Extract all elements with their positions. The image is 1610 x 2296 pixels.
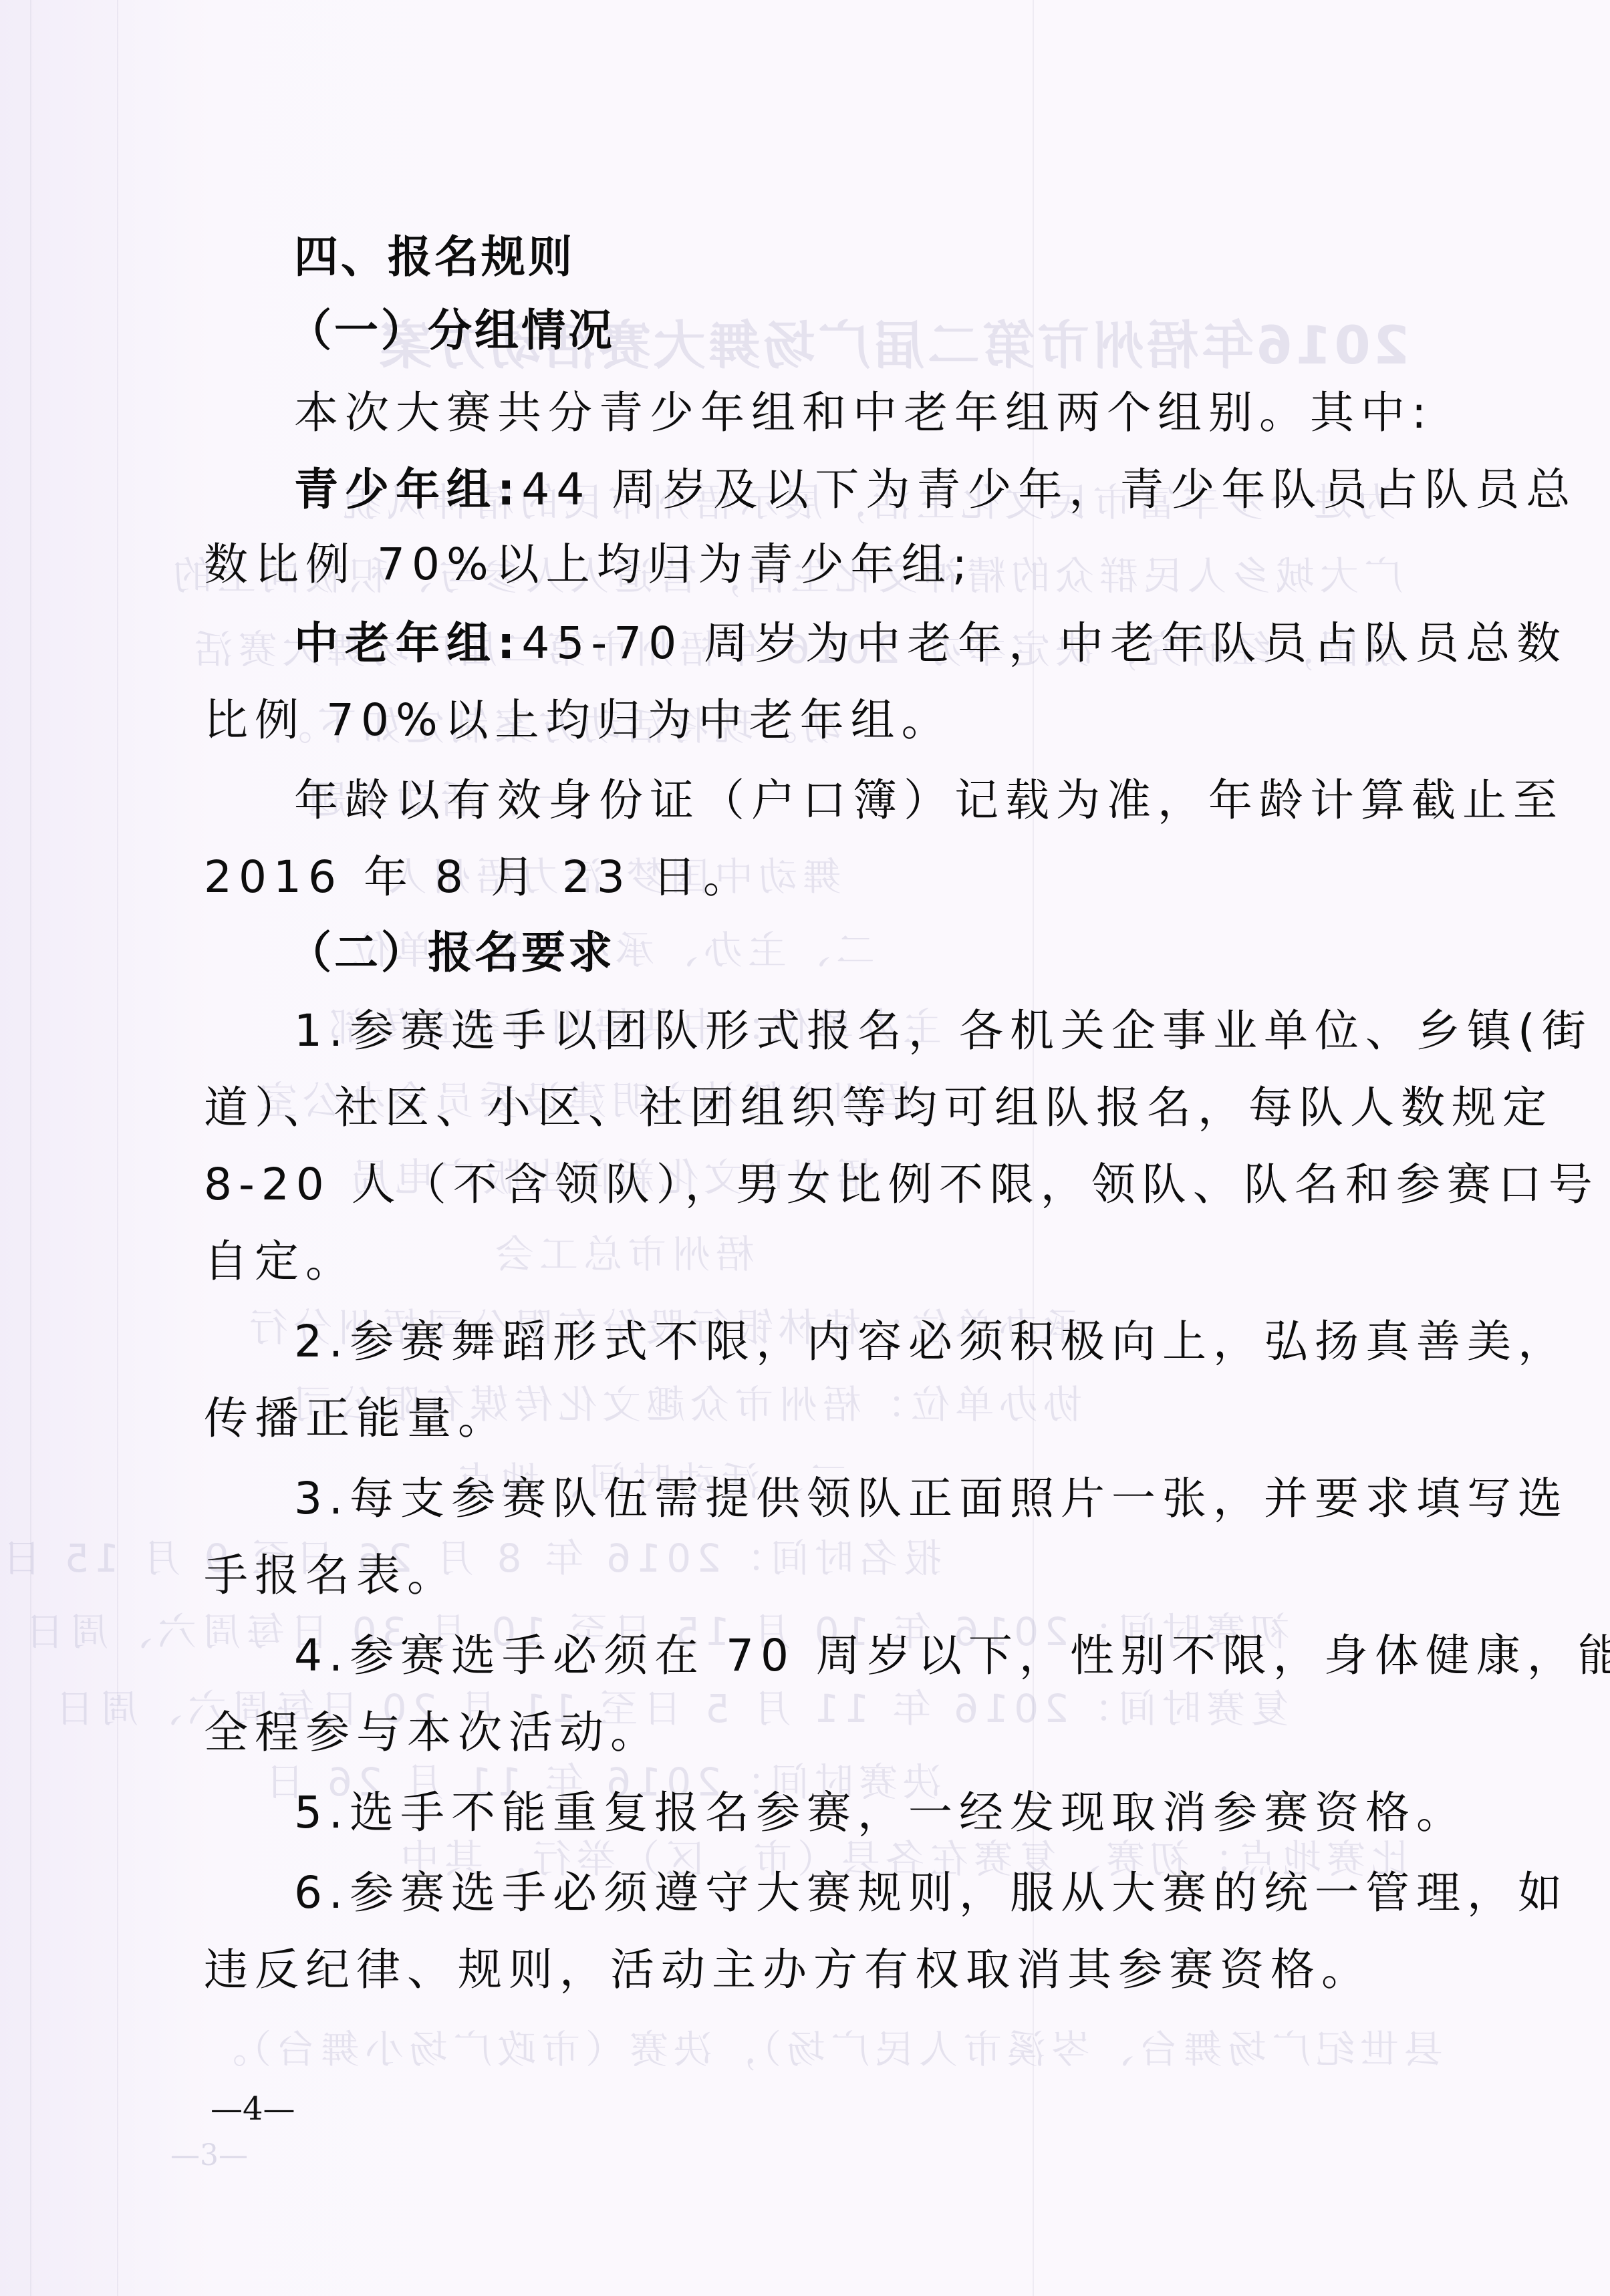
section-heading: 四、报名规则 — [294, 235, 575, 279]
requirement-item-2: 2.参赛舞蹈形式不限，内容必须积极向上，弘扬真善美， — [294, 1320, 1569, 1364]
paragraph-youth-group: 青少年组:44 周岁及以下为青少年，青少年队员占队员总 — [294, 468, 1577, 512]
youth-group-label: 青少年组: — [294, 464, 521, 515]
requirement-item-3: 3.每支参赛队伍需提供领队正面照片一张，并要求填写选 — [294, 1477, 1569, 1521]
requirement-item-6-cont: 违反纪律、规则，活动主办方有权取消其参赛资格。 — [204, 1948, 1372, 1992]
paragraph-senior-group: 中老年组:45-70 周岁为中老年，中老年队员占队员总数 — [294, 621, 1567, 666]
paragraph-youth-group-cont: 数比例 70%以上均归为青少年组; — [204, 543, 974, 587]
page-number: —4— — [211, 2090, 295, 2128]
requirement-item-3-cont: 手报名表。 — [204, 1554, 458, 1598]
requirement-item-4: 4.参赛选手必须在 70 周岁以下，性别不限，身体健康，能 — [294, 1634, 1610, 1678]
subsection-heading-grouping: （一）分组情况 — [287, 309, 615, 353]
requirement-item-1-cont: 8-20 人（不含领队），男女比例不限，领队、队名和参赛口号 — [204, 1163, 1599, 1207]
requirement-item-5: 5.选手不能重复报名参赛，一经发现取消参赛资格。 — [294, 1791, 1467, 1835]
requirement-item-4-cont: 全程参与本次活动。 — [204, 1711, 661, 1755]
requirement-item-2-cont: 传播正能量。 — [204, 1397, 509, 1441]
requirement-item-1: 1.参赛选手以团队形式报名，各机关企事业单位、乡镇(街 — [294, 1009, 1593, 1053]
youth-group-text: 44 周岁及以下为青少年，青少年队员占队员总 — [521, 464, 1577, 515]
paragraph-age-rule-cont: 2016 年 8 月 23 日。 — [204, 855, 754, 899]
senior-group-text: 45-70 周岁为中老年，中老年队员占队员总数 — [521, 617, 1567, 669]
subsection-heading-requirements: （二）报名要求 — [287, 931, 615, 975]
paragraph-senior-group-cont: 比例 70%以上均归为中老年组。 — [204, 698, 952, 742]
requirement-item-1-cont: 道）、社区、小区、社团组织等均可组队报名，每队人数规定 — [204, 1086, 1553, 1130]
requirement-item-6: 6.参赛选手必须遵守大赛规则，服从大赛的统一管理，如 — [294, 1871, 1569, 1915]
paragraph-intro: 本次大赛共分青少年组和中老年组两个组别。其中: — [294, 391, 1433, 435]
requirement-item-1-cont: 自定。 — [204, 1240, 356, 1284]
senior-group-label: 中老年组: — [294, 617, 521, 669]
paragraph-age-rule: 年龄以有效身份证（户口簿）记载为准，年龄计算截止至 — [294, 778, 1564, 823]
document-page: 四、报名规则 （一）分组情况 本次大赛共分青少年组和中老年组两个组别。其中: 青… — [0, 0, 1610, 2296]
